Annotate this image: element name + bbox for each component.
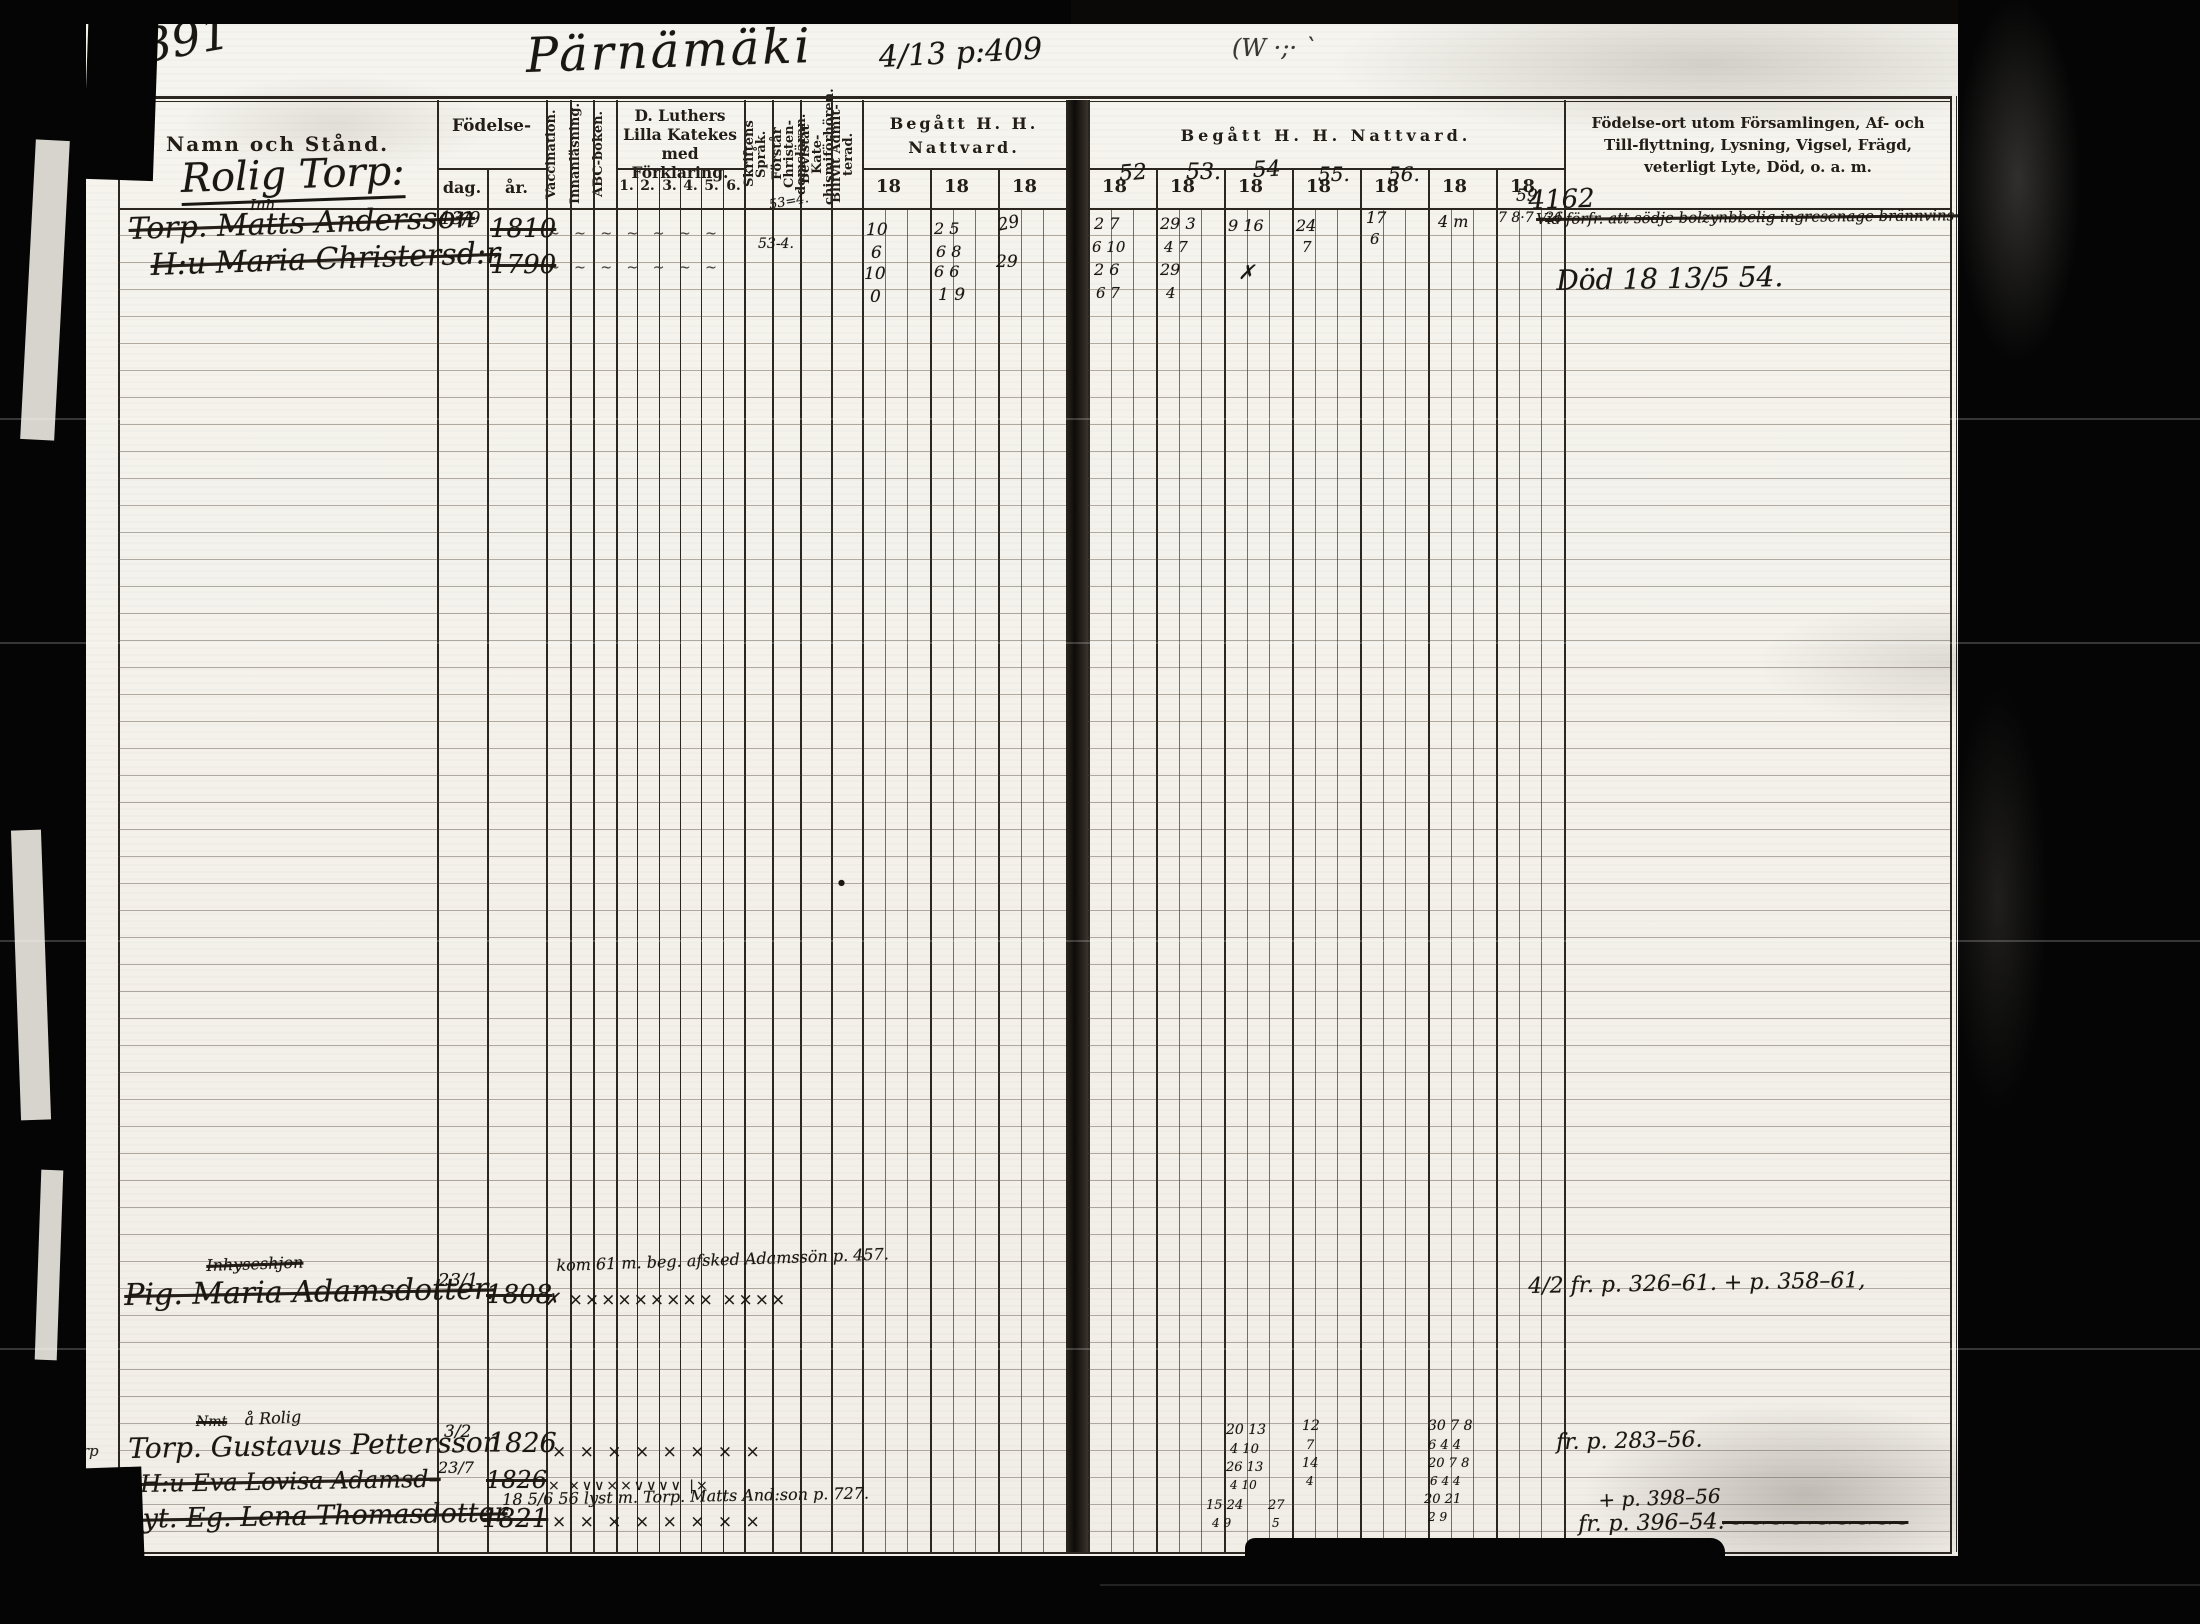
rowA-xmarks: × × × × × × × × <box>552 1442 764 1462</box>
rowC-name: Syt. Eg. Lena Thomasdotter <box>124 1497 508 1535</box>
num: 5 <box>1272 1516 1280 1530</box>
row1-birth-day: 13/9 <box>440 208 480 229</box>
year-suffix-1852: 52 <box>1118 160 1148 187</box>
row2-death-note: Död 18 13/5 54. <box>1556 260 1784 297</box>
rowC-notes1: + p. 398–56 <box>1598 1484 1721 1512</box>
num: 27 <box>1268 1498 1285 1513</box>
num: 2 7 <box>1094 214 1119 233</box>
num: 14 <box>1302 1456 1319 1471</box>
page-ref: 4/13 p:409 <box>878 31 1043 75</box>
scanned-parish-register-page: Namn och Stånd. Födelse- dag. år. Vaccin… <box>0 0 2200 1624</box>
stray-ink: (W ·;· ` <box>1232 34 1317 62</box>
num: 12 <box>1302 1418 1320 1434</box>
num: 20 13 <box>1226 1422 1266 1438</box>
rowC-xmarks: × × × × × × × × <box>552 1512 764 1532</box>
num: 6 8 <box>936 242 961 261</box>
year-suffix-1853: 53. <box>1186 160 1221 185</box>
rowA-birth-day: 3/2 <box>444 1422 471 1442</box>
row2-marks: ~ ~ ~ ~ ~ ~ ~ <box>548 260 722 276</box>
year-suffix-1859: 59 <box>1516 186 1538 206</box>
num: 2 9 <box>1428 1510 1447 1524</box>
num: 4 7 <box>1164 238 1188 256</box>
num: 29 <box>996 212 1021 236</box>
num: 20 7 8 <box>1428 1456 1469 1471</box>
num: 6 <box>871 243 882 263</box>
mid-xmarks: ✗ ××××××××× ×××× <box>545 1290 787 1310</box>
num: 10 <box>864 264 886 284</box>
num: 0 <box>870 287 881 307</box>
rowB-birth-day: 23/7 <box>438 1458 474 1477</box>
scan-edge-right <box>1958 0 2200 1624</box>
num: 17 <box>1366 208 1386 227</box>
scan-edge-top <box>86 0 1071 24</box>
handwritten-entries: 391Pärnämäki4/13 p:409(W ·;· `Rolig Torp… <box>0 0 2200 1624</box>
num: 30 7 8 <box>1428 1418 1473 1434</box>
rowC-scribble-struck: ⁓⁓⁓⁓ ⁓⁓⁓⁓⁓ <box>1722 1510 1908 1534</box>
ink-dot: ● <box>838 878 845 887</box>
bottom-tiny: å Rolig <box>244 1407 302 1429</box>
year-suffix-1856: 56. <box>1388 162 1420 186</box>
num: 4 9 <box>1212 1516 1231 1530</box>
num: 4 10 <box>1230 1478 1257 1492</box>
row1-marks: ~ ~ ~ ~ ~ ~ ~ <box>548 226 722 242</box>
num: 7 <box>1302 238 1312 256</box>
bottom-tiny-struck: Nmt <box>196 1414 227 1430</box>
year-suffix-1854: 54 <box>1252 157 1281 183</box>
rowA-notes: fr. p. 283–56. <box>1556 1427 1703 1455</box>
scan-streak <box>0 1348 2200 1350</box>
rowB-name: H:u Eva Lovisa Adamsd– <box>140 1465 441 1498</box>
ink-blob <box>1245 1538 1725 1568</box>
num: 6 <box>1370 230 1380 248</box>
row1-kat-note: 53=4. <box>768 191 810 213</box>
num: 1 9 <box>938 285 965 305</box>
mid-birth-year: 1808 <box>486 1280 552 1310</box>
ink-blot: ✗ <box>1238 260 1255 284</box>
scan-streak <box>1100 1584 2200 1586</box>
num: 2 5 <box>934 219 959 238</box>
mid-birth-day: 23/1 <box>438 1270 478 1291</box>
num: 29 <box>996 252 1018 272</box>
num: 9 16 <box>1228 216 1264 235</box>
num: 10 <box>866 220 888 240</box>
row1-note-struck: Vid förfr. att södje bolzynbbelig ingres… <box>1536 206 2028 228</box>
num: 6 10 <box>1092 238 1125 256</box>
num: 20 21 <box>1424 1492 1461 1507</box>
row2-birth-year: 1790 <box>490 250 556 280</box>
num: 4 10 <box>1230 1442 1259 1457</box>
mid-notes: 4/2 fr. p. 326–61. + p. 358–61, <box>1528 1268 1866 1299</box>
num: 2 6 <box>1094 260 1119 279</box>
rowC-notes2: fr. p. 396–54. <box>1578 1509 1725 1537</box>
num: 29 <box>1160 260 1180 279</box>
num: 6 7 <box>1096 284 1120 302</box>
num: 24 <box>1296 216 1316 235</box>
num: 6 4 4 <box>1428 1438 1461 1453</box>
num: 4 m <box>1438 212 1468 231</box>
household-heading: Rolig Torp: <box>180 148 406 206</box>
rowA-birth-year: 1826 <box>488 1428 557 1459</box>
num: 6 6 <box>934 262 959 281</box>
num: 26 13 <box>1226 1460 1263 1475</box>
num: 6 4 4 <box>1430 1474 1461 1488</box>
scan-streak <box>0 940 2200 942</box>
mid-inline-note: kom 61 m. beg. afsked Adamssön p. 457. <box>556 1244 889 1275</box>
scan-streak <box>0 418 2200 420</box>
num: 4 <box>1306 1474 1314 1488</box>
row1-kat-note2: 53-4. <box>758 236 794 252</box>
year-suffix-1855: 55. <box>1318 162 1350 186</box>
num: 29 3 <box>1160 214 1196 233</box>
mid-small-note: Inhyseshjon <box>206 1253 304 1275</box>
scan-streak <box>0 642 2200 644</box>
ink-blob <box>49 1466 146 1624</box>
ink-blob <box>83 0 159 181</box>
num: 4 <box>1166 284 1176 302</box>
num: 15 24 <box>1206 1498 1243 1513</box>
num: 7 <box>1306 1438 1314 1453</box>
parish-title: Pärnämäki <box>525 18 814 84</box>
